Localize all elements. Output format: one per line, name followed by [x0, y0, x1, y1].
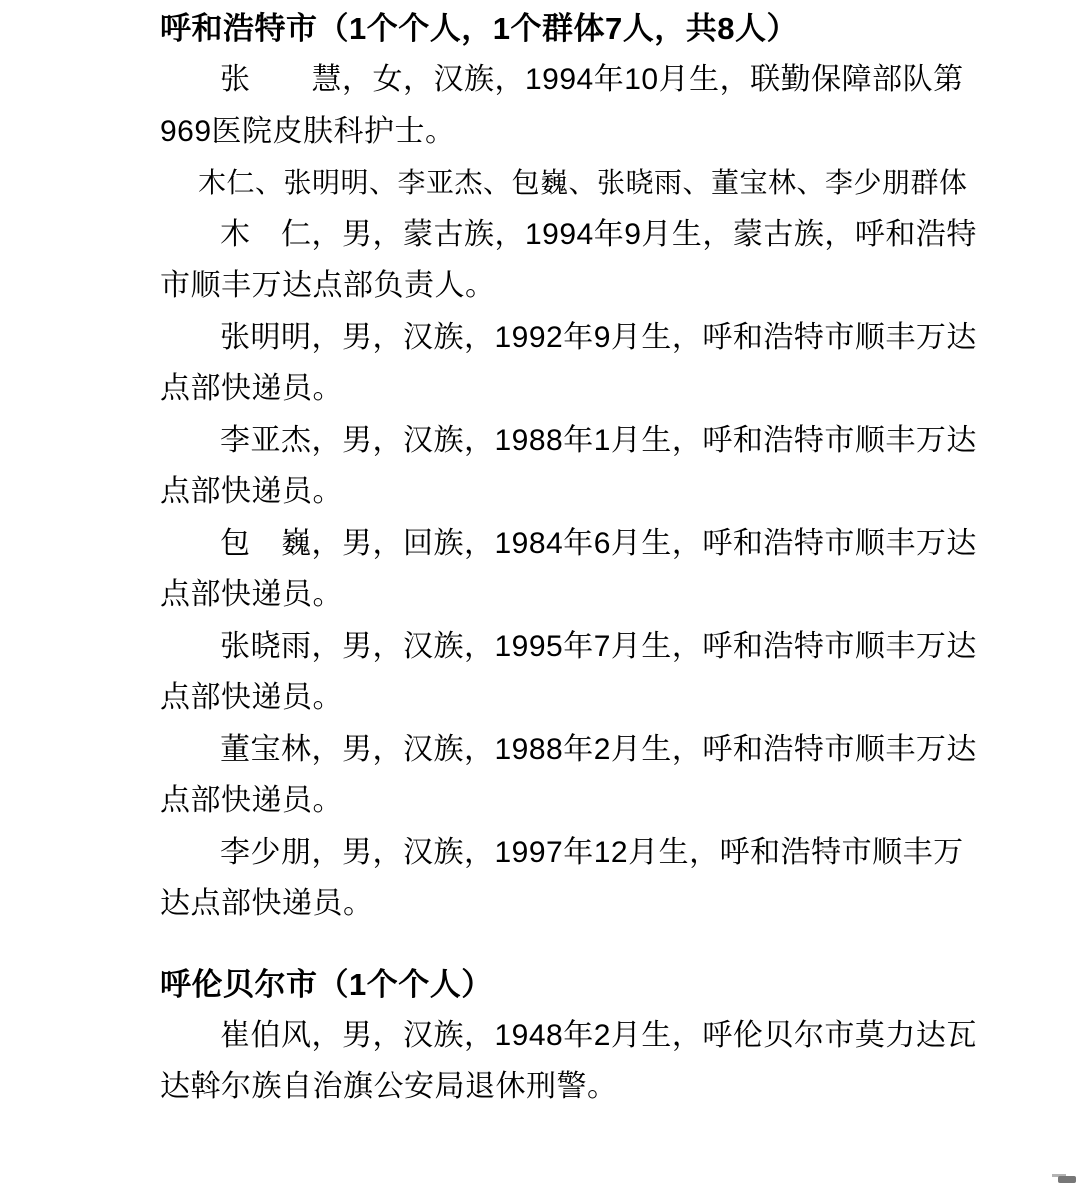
text-line: 张晓雨，男，汉族，1995年7月生，呼和浩特市顺丰万达	[160, 621, 930, 673]
text-line: 点部快递员。	[160, 569, 930, 621]
text-line: 包 巍，男，回族，1984年6月生，呼和浩特市顺丰万达	[160, 518, 930, 570]
text-line: 点部快递员。	[160, 672, 930, 724]
text-line: 点部快递员。	[160, 363, 930, 415]
text-line: 崔伯风，男，汉族，1948年2月生，呼伦贝尔市莫力达瓦	[160, 1010, 930, 1062]
text-line: 达点部快递员。	[160, 878, 930, 930]
group-title-line: 木仁、张明明、李亚杰、包巍、张晓雨、董宝林、李少朋群体	[160, 157, 930, 209]
document-page: 呼和浩特市（1个个人，1个群体7人，共8人）张 慧，女，汉族，1994年10月生…	[0, 0, 1080, 1189]
text-line: 点部快递员。	[160, 466, 930, 518]
text-line: 木 仁，男，蒙古族，1994年9月生，蒙古族，呼和浩特	[160, 209, 930, 261]
document-section: 呼和浩特市（1个个人，1个群体7人，共8人）张 慧，女，汉族，1994年10月生…	[160, 4, 930, 930]
text-line: 李亚杰，男，汉族，1988年1月生，呼和浩特市顺丰万达	[160, 415, 930, 467]
text-line: 张明明，男，汉族，1992年9月生，呼和浩特市顺丰万达	[160, 312, 930, 364]
text-line: 达斡尔族自治旗公安局退休刑警。	[160, 1061, 930, 1113]
text-line: 张 慧，女，汉族，1994年10月生，联勤保障部队第	[160, 54, 930, 106]
page-corner-artifact	[1058, 1176, 1076, 1183]
text-line: 点部快递员。	[160, 775, 930, 827]
section-heading: 呼伦贝尔市（1个个人）	[160, 960, 930, 1010]
text-line: 李少朋，男，汉族，1997年12月生，呼和浩特市顺丰万	[160, 827, 930, 879]
section-heading: 呼和浩特市（1个个人，1个群体7人，共8人）	[160, 4, 930, 54]
text-line: 市顺丰万达点部负责人。	[160, 260, 930, 312]
text-line: 董宝林，男，汉族，1988年2月生，呼和浩特市顺丰万达	[160, 724, 930, 776]
document-section: 呼伦贝尔市（1个个人）崔伯风，男，汉族，1948年2月生，呼伦贝尔市莫力达瓦达斡…	[160, 960, 930, 1113]
text-line: 969医院皮肤科护士。	[160, 106, 930, 158]
